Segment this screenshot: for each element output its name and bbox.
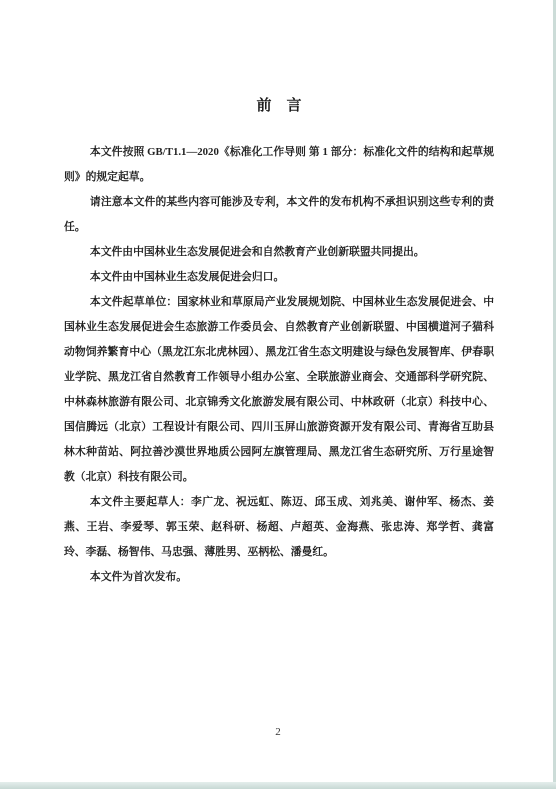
paragraph-under-jurisdiction: 本文件由中国林业生态发展促进会归口。 — [64, 265, 494, 290]
paragraph-drafting-organizations: 本文件起草单位：国家林业和草原局产业发展规划院、中国林业生态发展促进会、中国林业… — [64, 290, 494, 490]
page-edge-bottom — [0, 782, 556, 789]
paragraph-first-issue: 本文件为首次发布。 — [64, 565, 494, 590]
paragraph-drafting-rules: 本文件按照 GB/T1.1—2020《标准化工作导则 第 1 部分：标准化文件的… — [64, 140, 494, 190]
paragraph-patent-notice: 请注意本文件的某些内容可能涉及专利，本文件的发布机构不承担识别这些专利的责任。 — [64, 190, 494, 240]
paragraph-main-drafters: 本文件主要起草人：李广龙、祝远虹、陈迈、邱玉成、刘兆美、谢仲军、杨杰、姜燕、王岩… — [64, 490, 494, 565]
document-content: 前 言 本文件按照 GB/T1.1—2020《标准化工作导则 第 1 部分：标准… — [64, 97, 494, 590]
paragraph-proposed-by: 本文件由中国林业生态发展促进会和自然教育产业创新联盟共同提出。 — [64, 240, 494, 265]
page-number: 2 — [0, 726, 556, 738]
document-page: 前 言 本文件按照 GB/T1.1—2020《标准化工作导则 第 1 部分：标准… — [0, 0, 556, 789]
page-title: 前 言 — [64, 97, 494, 116]
